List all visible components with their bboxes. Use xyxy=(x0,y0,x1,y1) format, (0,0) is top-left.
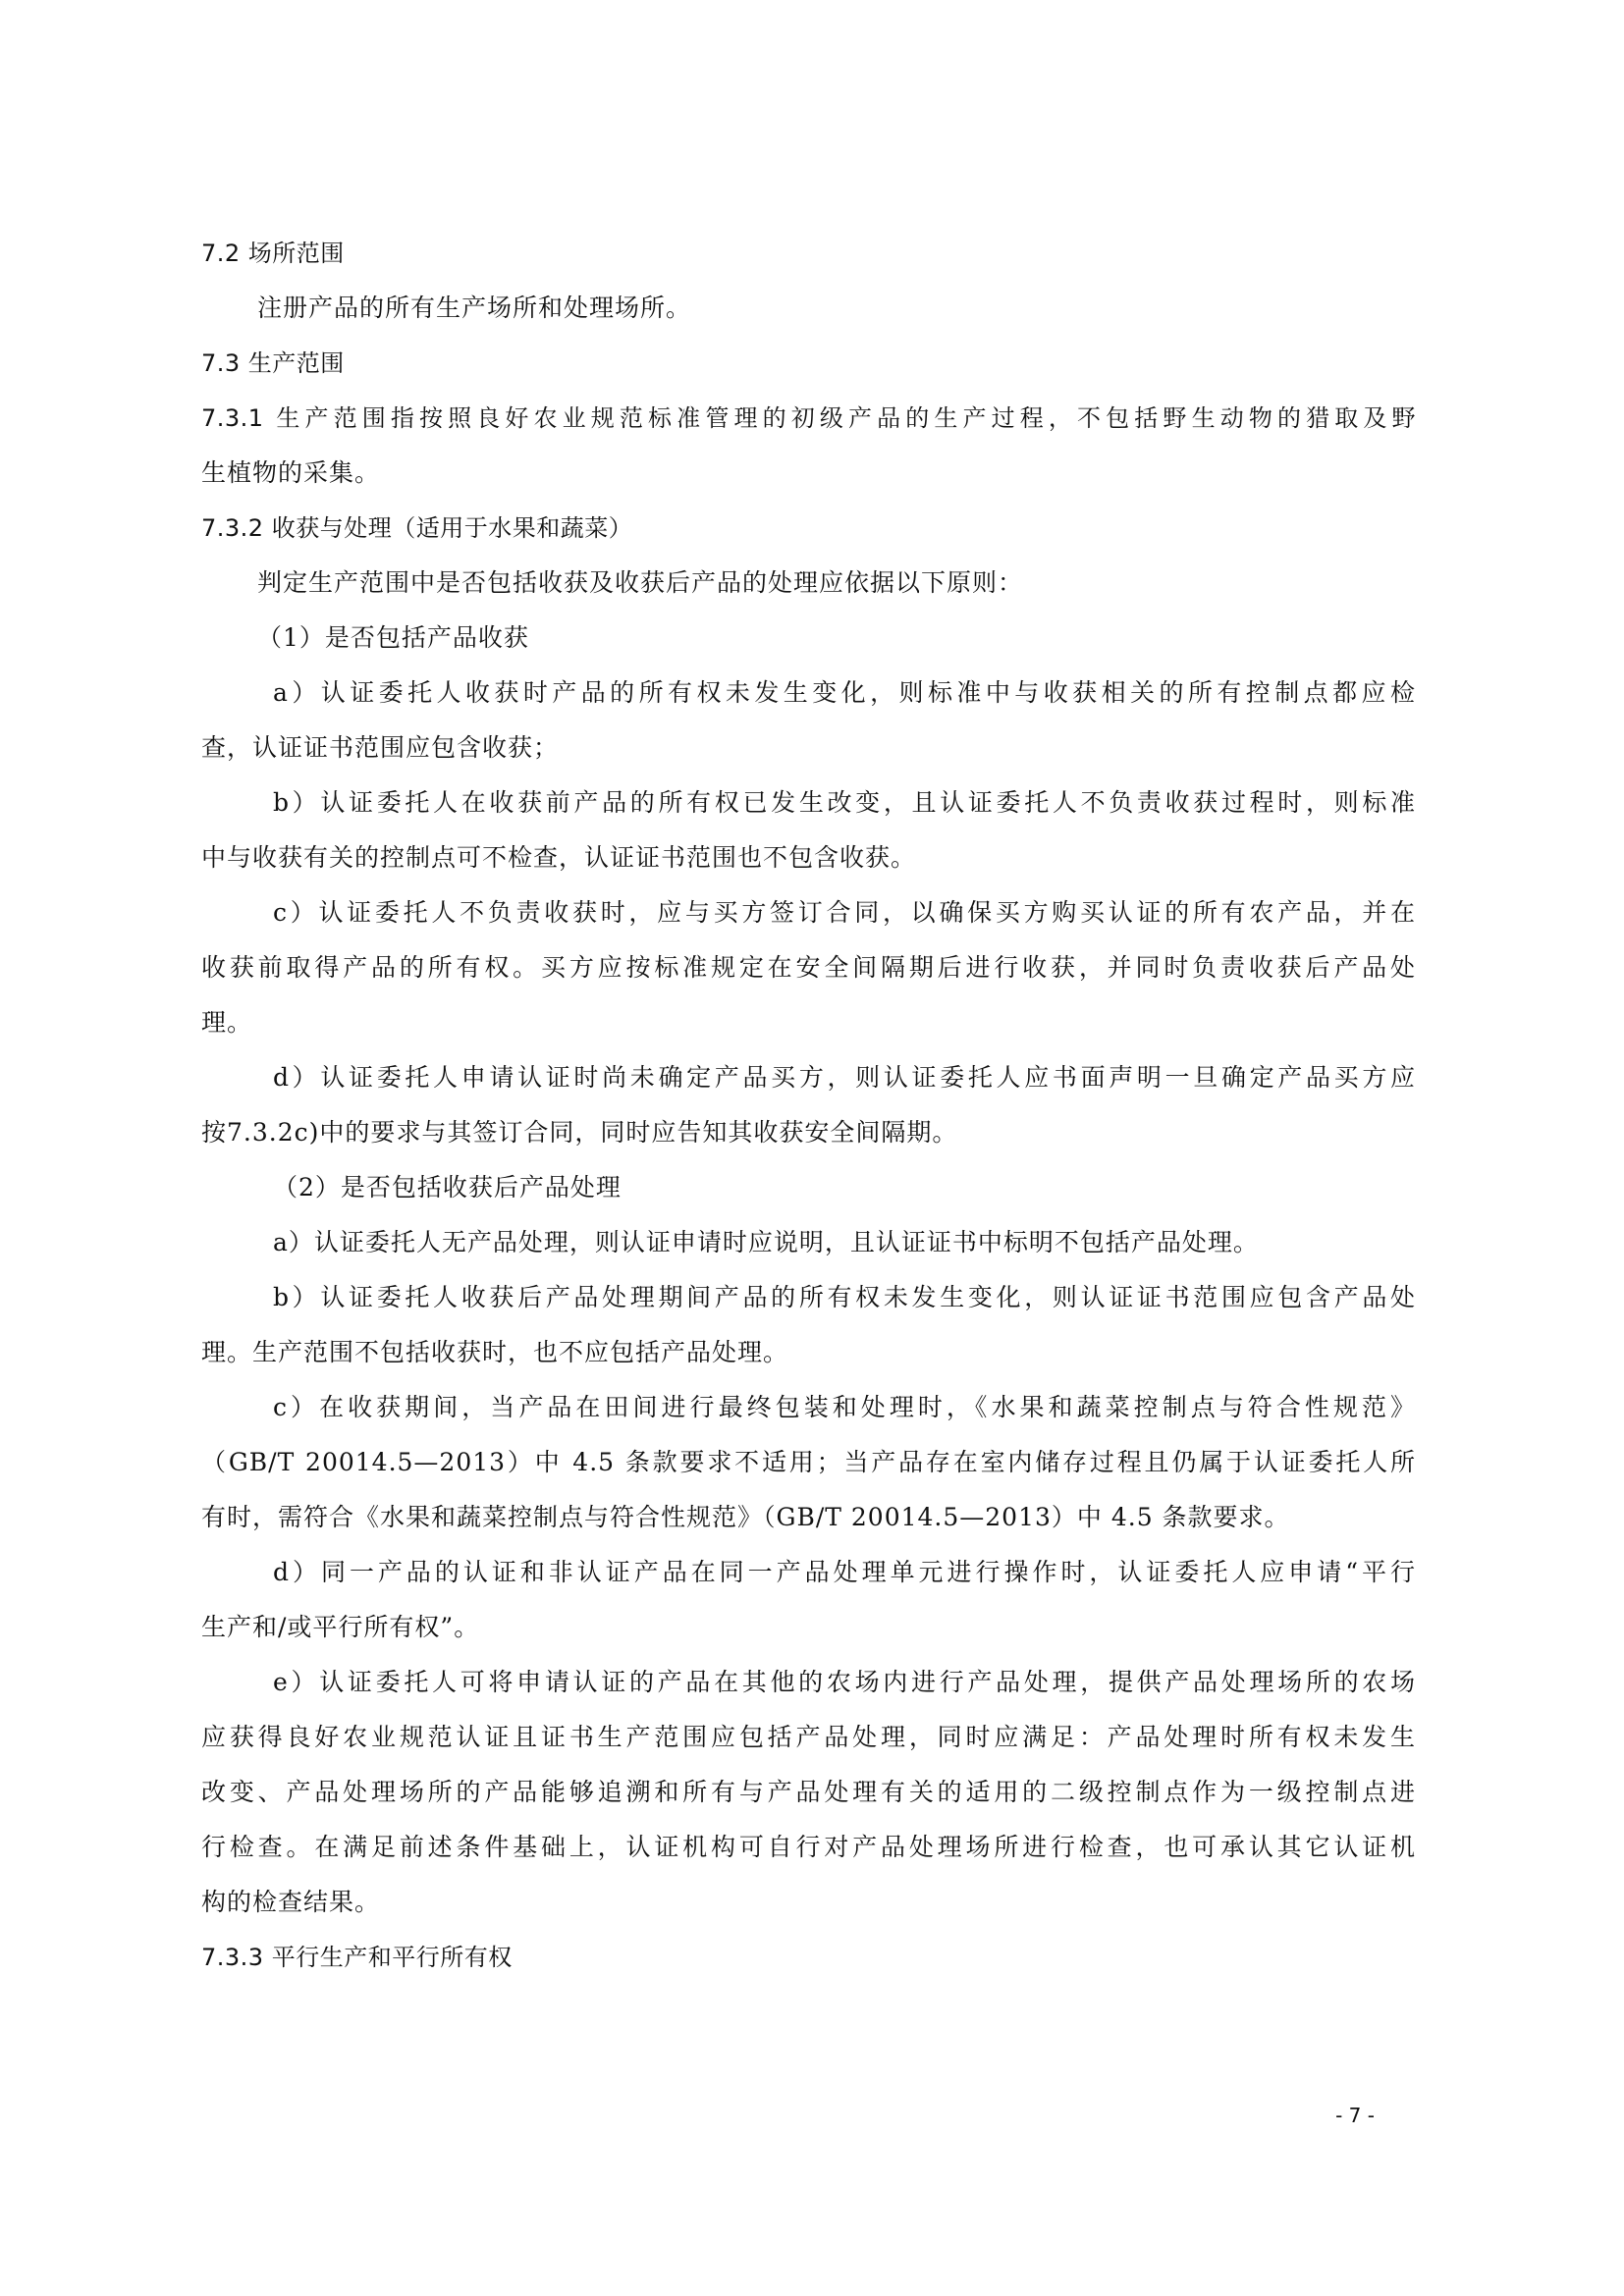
section-heading-7-3-1: 7.3.1 生产范围指按照良好农业规范标准管理的初级产品的生产过程，不包括野生动… xyxy=(201,399,1416,438)
page-number: - 7 - xyxy=(1316,2101,1394,2130)
list-item-2c: c）在收获期间，当产品在田间进行最终包装和处理时，《水果和蔬菜控制点与符合性规范… xyxy=(273,1388,1416,1427)
list-heading-2: （2）是否包括收获后产品处理 xyxy=(273,1168,622,1207)
paragraph-line: 构的检查结果。 xyxy=(201,1883,380,1922)
list-item-1b: b）认证委托人在收获前产品的所有权已发生改变，且认证委托人不负责收获过程时，则标… xyxy=(273,783,1416,823)
section-heading-7-3-2: 7.3.2 收获与处理（适用于水果和蔬菜） xyxy=(201,508,632,548)
document-page: 7.2 场所范围 注册产品的所有生产场所和处理场所。 7.3 生产范围 7.3.… xyxy=(0,0,1624,2296)
section-heading-7-3: 7.3 生产范围 xyxy=(201,344,345,383)
paragraph-line: 理。 xyxy=(201,1003,252,1042)
paragraph-line: 有时，需符合《水果和蔬菜控制点与符合性规范》（GB/T 20014.5—2013… xyxy=(201,1498,1290,1537)
paragraph-line: （GB/T 20014.5—2013）中 4.5 条款要求不适用；当产品存在室内… xyxy=(201,1443,1416,1482)
list-item-1c: c）认证委托人不负责收获时，应与买方签订合同，以确保买方购买认证的所有农产品，并… xyxy=(273,893,1416,933)
paragraph-line: 中与收获有关的控制点可不检查，认证证书范围也不包含收获。 xyxy=(201,838,916,878)
paragraph-line: 应获得良好农业规范认证且证书生产范围应包括产品处理，同时应满足：产品处理时所有权… xyxy=(201,1718,1416,1757)
paragraph-line: 生植物的采集。 xyxy=(201,454,380,493)
list-heading-1: （1）是否包括产品收获 xyxy=(257,618,529,658)
paragraph-line: 查，认证证书范围应包含收获； xyxy=(201,728,559,768)
paragraph-line: 生产和/或平行所有权”。 xyxy=(201,1608,479,1647)
list-item-2e: e）认证委托人可将申请认证的产品在其他的农场内进行产品处理，提供产品处理场所的农… xyxy=(273,1663,1416,1702)
paragraph-line: 行检查。在满足前述条件基础上，认证机构可自行对产品处理场所进行检查，也可承认其它… xyxy=(201,1828,1416,1867)
list-item-2a: a）认证委托人无产品处理，则认证申请时应说明，且认证证书中标明不包括产品处理。 xyxy=(273,1223,1259,1262)
list-item-2b: b）认证委托人收获后产品处理期间产品的所有权未发生变化，则认证证书范围应包含产品… xyxy=(273,1278,1416,1317)
paragraph-line: 收获前取得产品的所有权。买方应按标准规定在安全间隔期后进行收获，并同时负责收获后… xyxy=(201,948,1416,988)
list-item-2d: d）同一产品的认证和非认证产品在同一产品处理单元进行操作时，认证委托人应申请“平… xyxy=(273,1553,1416,1592)
list-item-1a: a）认证委托人收获时产品的所有权未发生变化，则标准中与收获相关的所有控制点都应检 xyxy=(273,673,1416,713)
list-item-1d: d）认证委托人申请认证时尚未确定产品买方，则认证委托人应书面声明一旦确定产品买方… xyxy=(273,1058,1416,1097)
paragraph-line: 按7.3.2c)中的要求与其签订合同，同时应告知其收获安全间隔期。 xyxy=(201,1113,957,1152)
section-heading-7-3-3: 7.3.3 平行生产和平行所有权 xyxy=(201,1938,513,1977)
paragraph-line: 改变、产品处理场所的产品能够追溯和所有与产品处理有关的适用的二级控制点作为一级控… xyxy=(201,1773,1416,1812)
paragraph-line: 理。生产范围不包括收获时，也不应包括产品处理。 xyxy=(201,1333,788,1372)
paragraph-line: 判定生产范围中是否包括收获及收获后产品的处理应依据以下原则： xyxy=(257,563,1023,603)
section-heading-7-2: 7.2 场所范围 xyxy=(201,234,345,273)
paragraph-line: 注册产品的所有生产场所和处理场所。 xyxy=(257,289,691,328)
